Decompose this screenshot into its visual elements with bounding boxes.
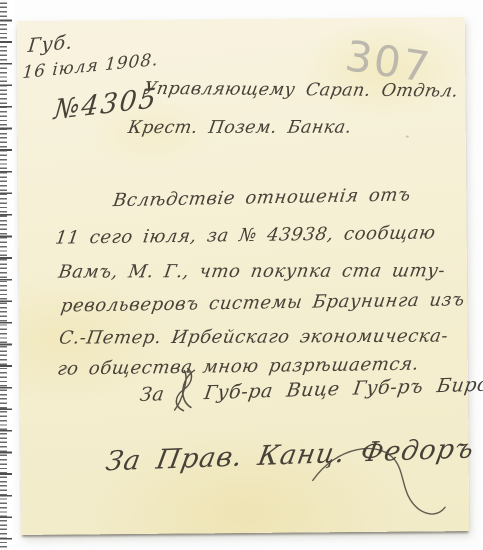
ruler-scale [0, 0, 14, 548]
signature-text: Губ-ра Вице Губ-ръ Бирсъ [203, 375, 483, 404]
signature-prefix: За [138, 385, 165, 406]
letter-paper: 307 Губ. 16 іюля 1908. №4305 Управляющем… [17, 17, 469, 535]
paper-speck [406, 136, 409, 138]
scanned-letter-canvas: 307 Губ. 16 іюля 1908. №4305 Управляющем… [0, 0, 483, 550]
body-line: револьверовъ системы Браунинга изъ [59, 291, 465, 316]
corner-office-abbrev: Губ. [27, 33, 74, 57]
corner-date: 16 іюля 1908. [22, 52, 159, 83]
addressee-line-1: Управляющему Сарап. Отдѣл. [142, 80, 459, 101]
body-line: Вслѣдствіе отношенія отъ [112, 186, 412, 211]
body-line: Вамъ, М. Г., что покупка ста шту- [57, 262, 447, 282]
body-line: 11 сего іюля, за № 43938, сообщаю [54, 224, 437, 248]
primary-signature-line: За Губ-ра Вице Губ-ръ Бирсъ [138, 371, 483, 409]
body-line: С.-Петер. Ирбейскаго экономическа- [58, 328, 450, 349]
paper-speck [64, 367, 68, 370]
addressee-line-2: Крест. Позем. Банка. [127, 119, 353, 138]
paper-speck [75, 302, 78, 305]
signature-tail-flourish-icon [308, 437, 449, 532]
